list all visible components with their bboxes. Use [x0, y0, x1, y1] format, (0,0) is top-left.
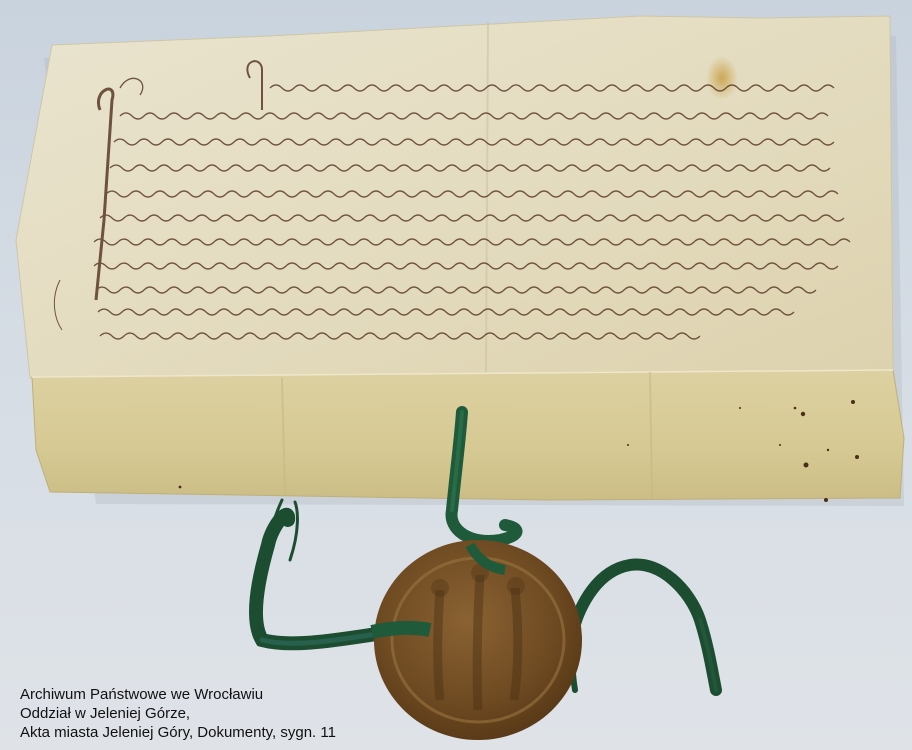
- archive-caption: Archiwum Państwowe we Wrocławiu Oddział …: [20, 685, 336, 742]
- charter-photograph: [0, 0, 912, 750]
- caption-line-reference: Akta miasta Jeleniej Góry, Dokumenty, sy…: [20, 723, 336, 742]
- caption-line-branch: Oddział w Jeleniej Górze,: [20, 704, 336, 723]
- wax-seal: [372, 540, 582, 740]
- caption-line-archive: Archiwum Państwowe we Wrocławiu: [20, 685, 336, 704]
- parchment-fold: [32, 370, 904, 500]
- stain: [706, 56, 738, 100]
